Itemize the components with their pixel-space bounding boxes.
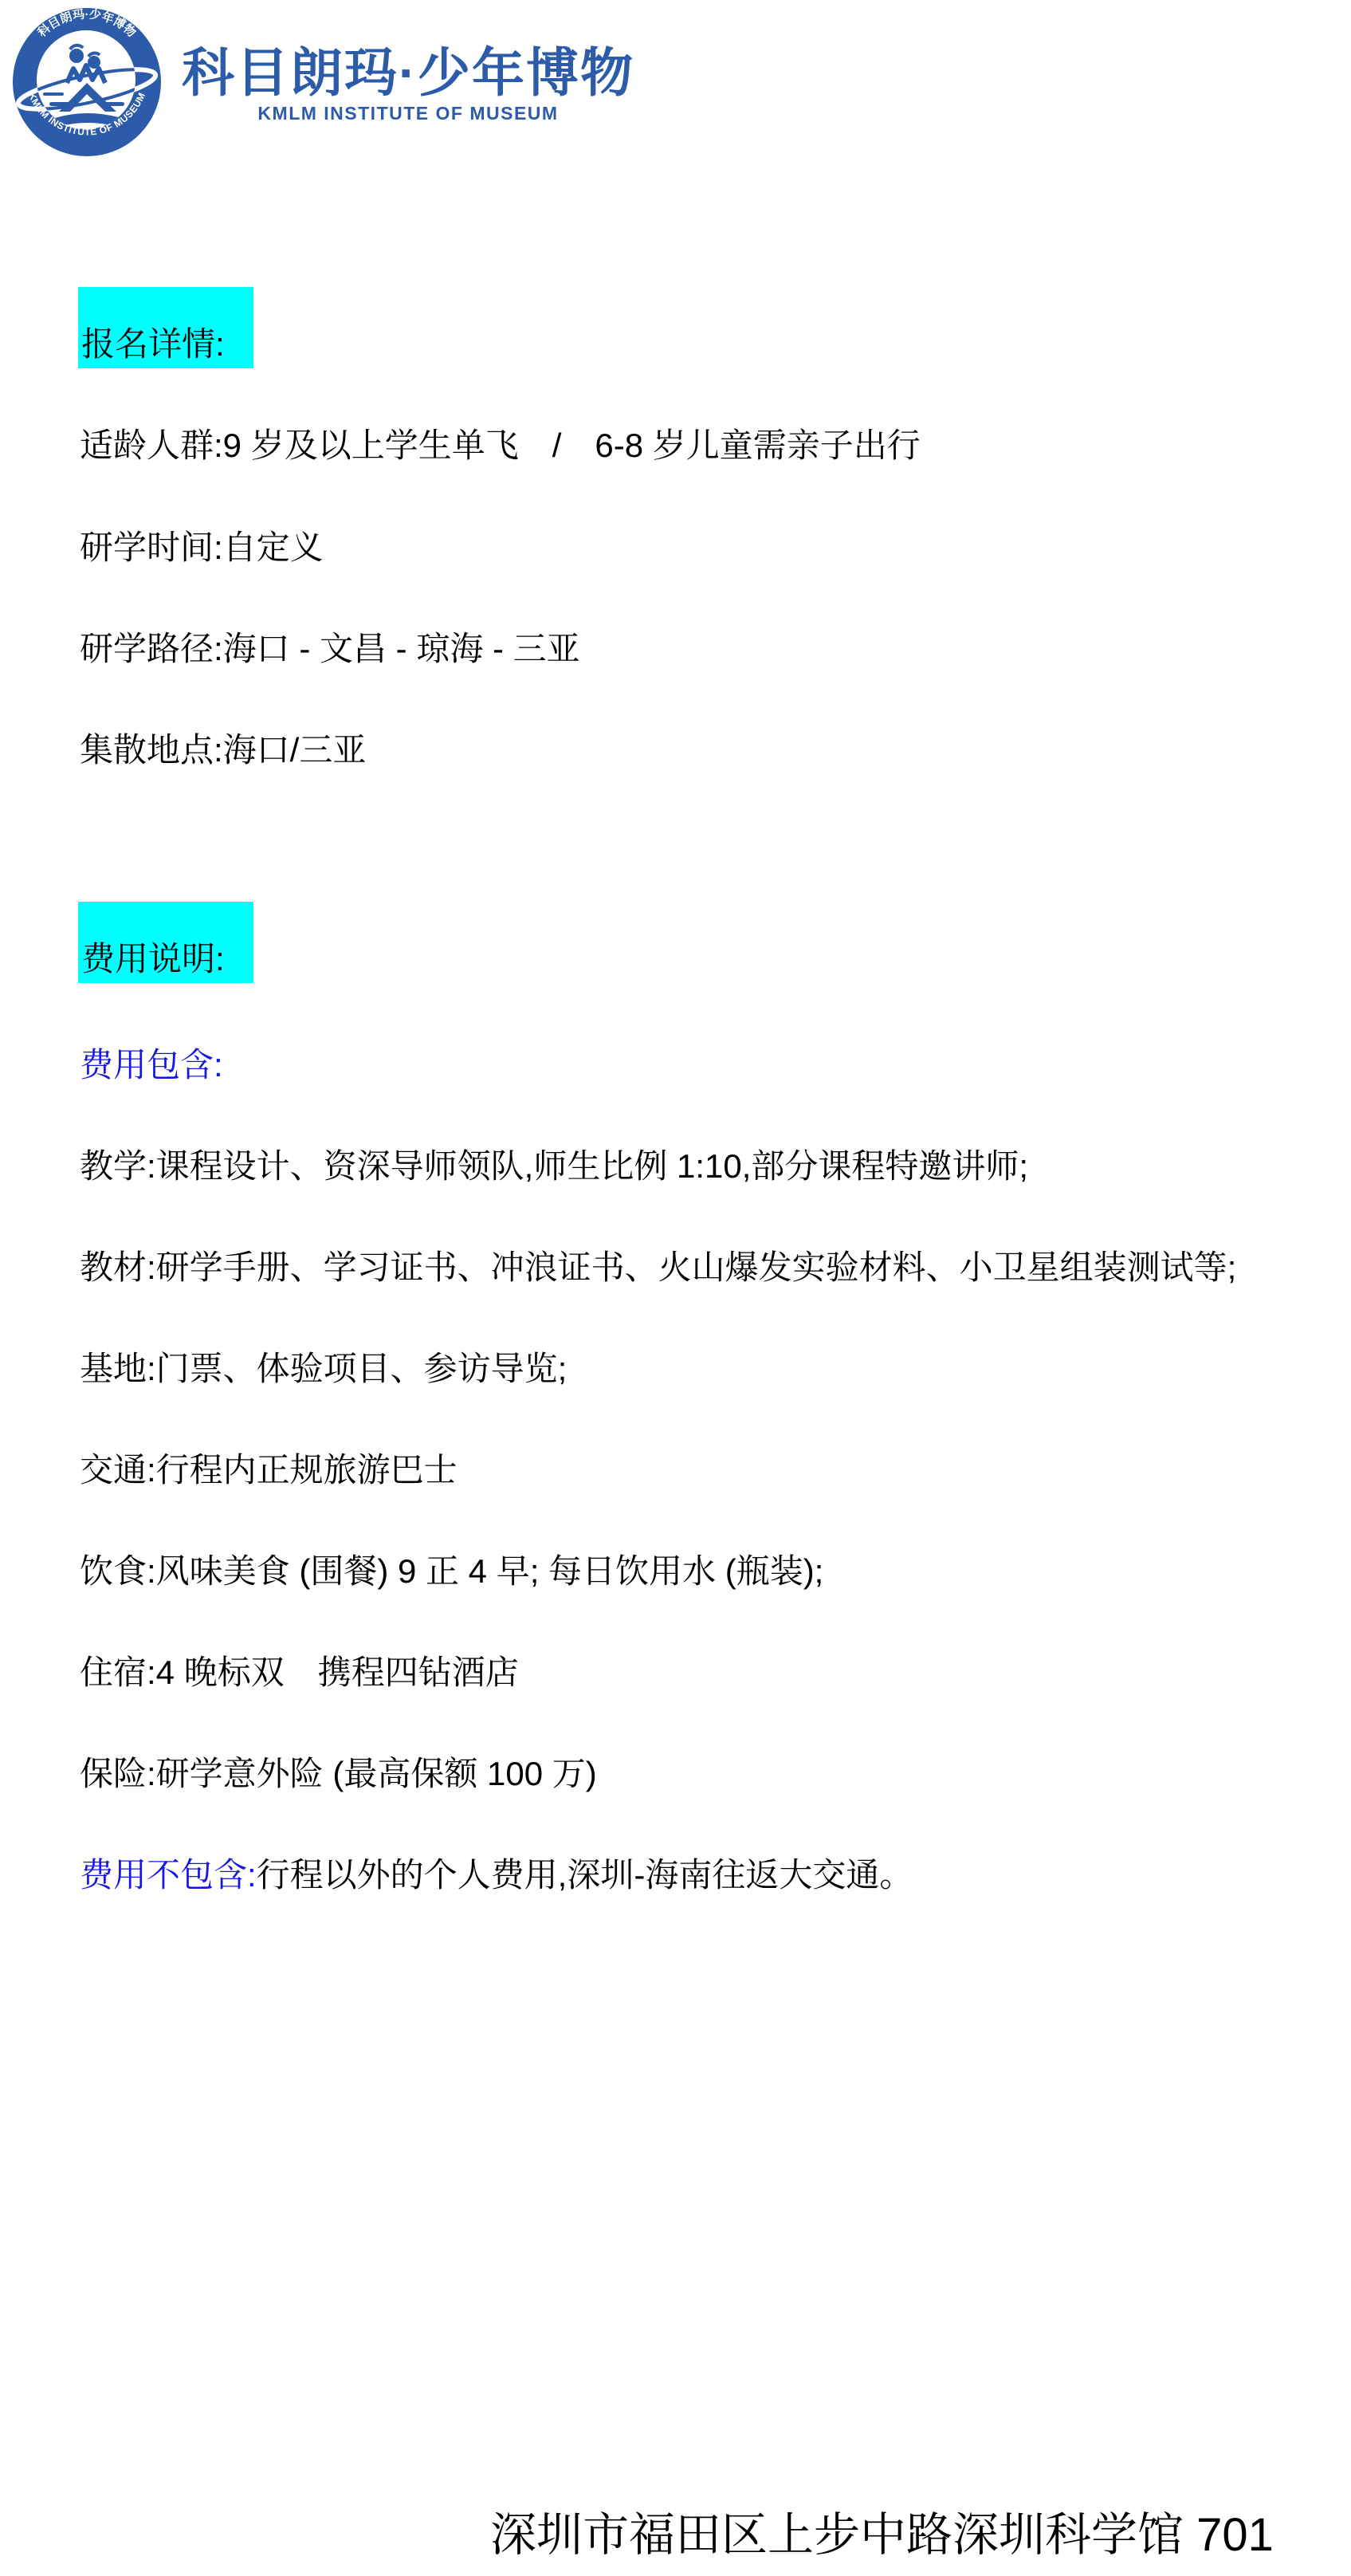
brand-subtitle: KMLM INSTITUTE OF MUSEUM bbox=[182, 104, 634, 123]
row-label: 研学路径: bbox=[80, 630, 223, 667]
brand-title: 科目朗玛·少年博物 bbox=[182, 43, 634, 102]
fee-row-hotel: 住宿:4 晚标双 携程四钻酒店 bbox=[80, 1653, 519, 1693]
fee-row-insurance: 保险:研学意外险 (最高保额 100 万) bbox=[80, 1754, 597, 1794]
row-label: 集散地点: bbox=[80, 731, 223, 769]
row-value: 海口 - 文昌 - 琼海 - 三亚 bbox=[223, 630, 580, 667]
fee-row-teaching: 教学:课程设计、资深导师领队,师生比例 1:10,部分课程特邀讲师; bbox=[80, 1146, 1028, 1186]
row-value: 课程设计、资深导师领队,师生比例 1:10,部分课程特邀讲师; bbox=[156, 1147, 1028, 1185]
fee-excludes-value: 行程以外的个人费用,深圳-海南往返大交通。 bbox=[257, 1856, 913, 1894]
row-label: 教学: bbox=[80, 1147, 156, 1185]
fee-excludes-label: 费用不包含: bbox=[80, 1856, 257, 1894]
signup-heading-text: 报名详情: bbox=[81, 327, 225, 362]
row-value: 门票、体验项目、参访导览; bbox=[156, 1350, 567, 1387]
footer-address: 深圳市福田区上步中路深圳科学馆 701 bbox=[490, 2510, 1274, 2561]
fee-excludes-row: 费用不包含:行程以外的个人费用,深圳-海南往返大交通。 bbox=[80, 1855, 913, 1895]
brand-title-block: 科目朗玛·少年博物 KMLM INSTITUTE OF MUSEUM bbox=[182, 43, 634, 123]
row-value: 自定义 bbox=[223, 529, 324, 566]
row-label: 教材: bbox=[80, 1249, 156, 1286]
row-label: 保险: bbox=[80, 1755, 156, 1792]
kmlm-logo-badge: 科目朗玛·少年博物 KMLM INSTITUTE OF MUSEUM bbox=[11, 6, 163, 159]
signup-row-age: 适龄人群:9 岁及以上学生单飞 / 6-8 岁儿童需亲子出行 bbox=[80, 426, 921, 466]
fee-row-transport: 交通:行程内正规旅游巴士 bbox=[80, 1450, 458, 1490]
fee-row-materials: 教材:研学手册、学习证书、冲浪证书、火山爆发实验材料、小卫星组装测试等; bbox=[80, 1248, 1236, 1288]
fee-section-heading: 费用说明: bbox=[78, 902, 253, 983]
row-value: 研学意外险 (最高保额 100 万) bbox=[156, 1755, 597, 1792]
row-value: 行程内正规旅游巴士 bbox=[156, 1451, 458, 1489]
row-value: 研学手册、学习证书、冲浪证书、火山爆发实验材料、小卫星组装测试等; bbox=[156, 1249, 1237, 1286]
row-label: 住宿: bbox=[80, 1654, 156, 1691]
row-value: 4 晚标双 携程四钻酒店 bbox=[156, 1654, 519, 1691]
row-label: 饮食: bbox=[80, 1552, 156, 1590]
row-value: 风味美食 (围餐) 9 正 4 早; 每日饮用水 (瓶装); bbox=[156, 1552, 824, 1590]
kmlm-badge-icon: 科目朗玛·少年博物 KMLM INSTITUTE OF MUSEUM bbox=[11, 6, 163, 158]
row-label: 交通: bbox=[80, 1451, 156, 1489]
row-label: 适龄人群: bbox=[80, 427, 223, 464]
fee-row-food: 饮食:风味美食 (围餐) 9 正 4 早; 每日饮用水 (瓶装); bbox=[80, 1551, 823, 1591]
fee-includes-label: 费用包含: bbox=[80, 1045, 223, 1085]
row-label: 基地: bbox=[80, 1350, 156, 1387]
signup-row-meeting-point: 集散地点:海口/三亚 bbox=[80, 730, 366, 770]
signup-row-route: 研学路径:海口 - 文昌 - 琼海 - 三亚 bbox=[80, 629, 580, 669]
fee-row-base: 基地:门票、体验项目、参访导览; bbox=[80, 1349, 567, 1389]
row-label: 研学时间: bbox=[80, 529, 223, 566]
signup-row-time: 研学时间:自定义 bbox=[80, 528, 324, 568]
row-value: 9 岁及以上学生单飞 / 6-8 岁儿童需亲子出行 bbox=[223, 427, 921, 464]
row-value: 海口/三亚 bbox=[223, 731, 367, 769]
flyer-page: 科目朗玛·少年博物 KMLM INSTITUTE OF MUSEUM 科目朗玛·… bbox=[0, 0, 1351, 2576]
fee-heading-text: 费用说明: bbox=[81, 942, 225, 977]
signup-section-heading: 报名详情: bbox=[78, 287, 253, 368]
